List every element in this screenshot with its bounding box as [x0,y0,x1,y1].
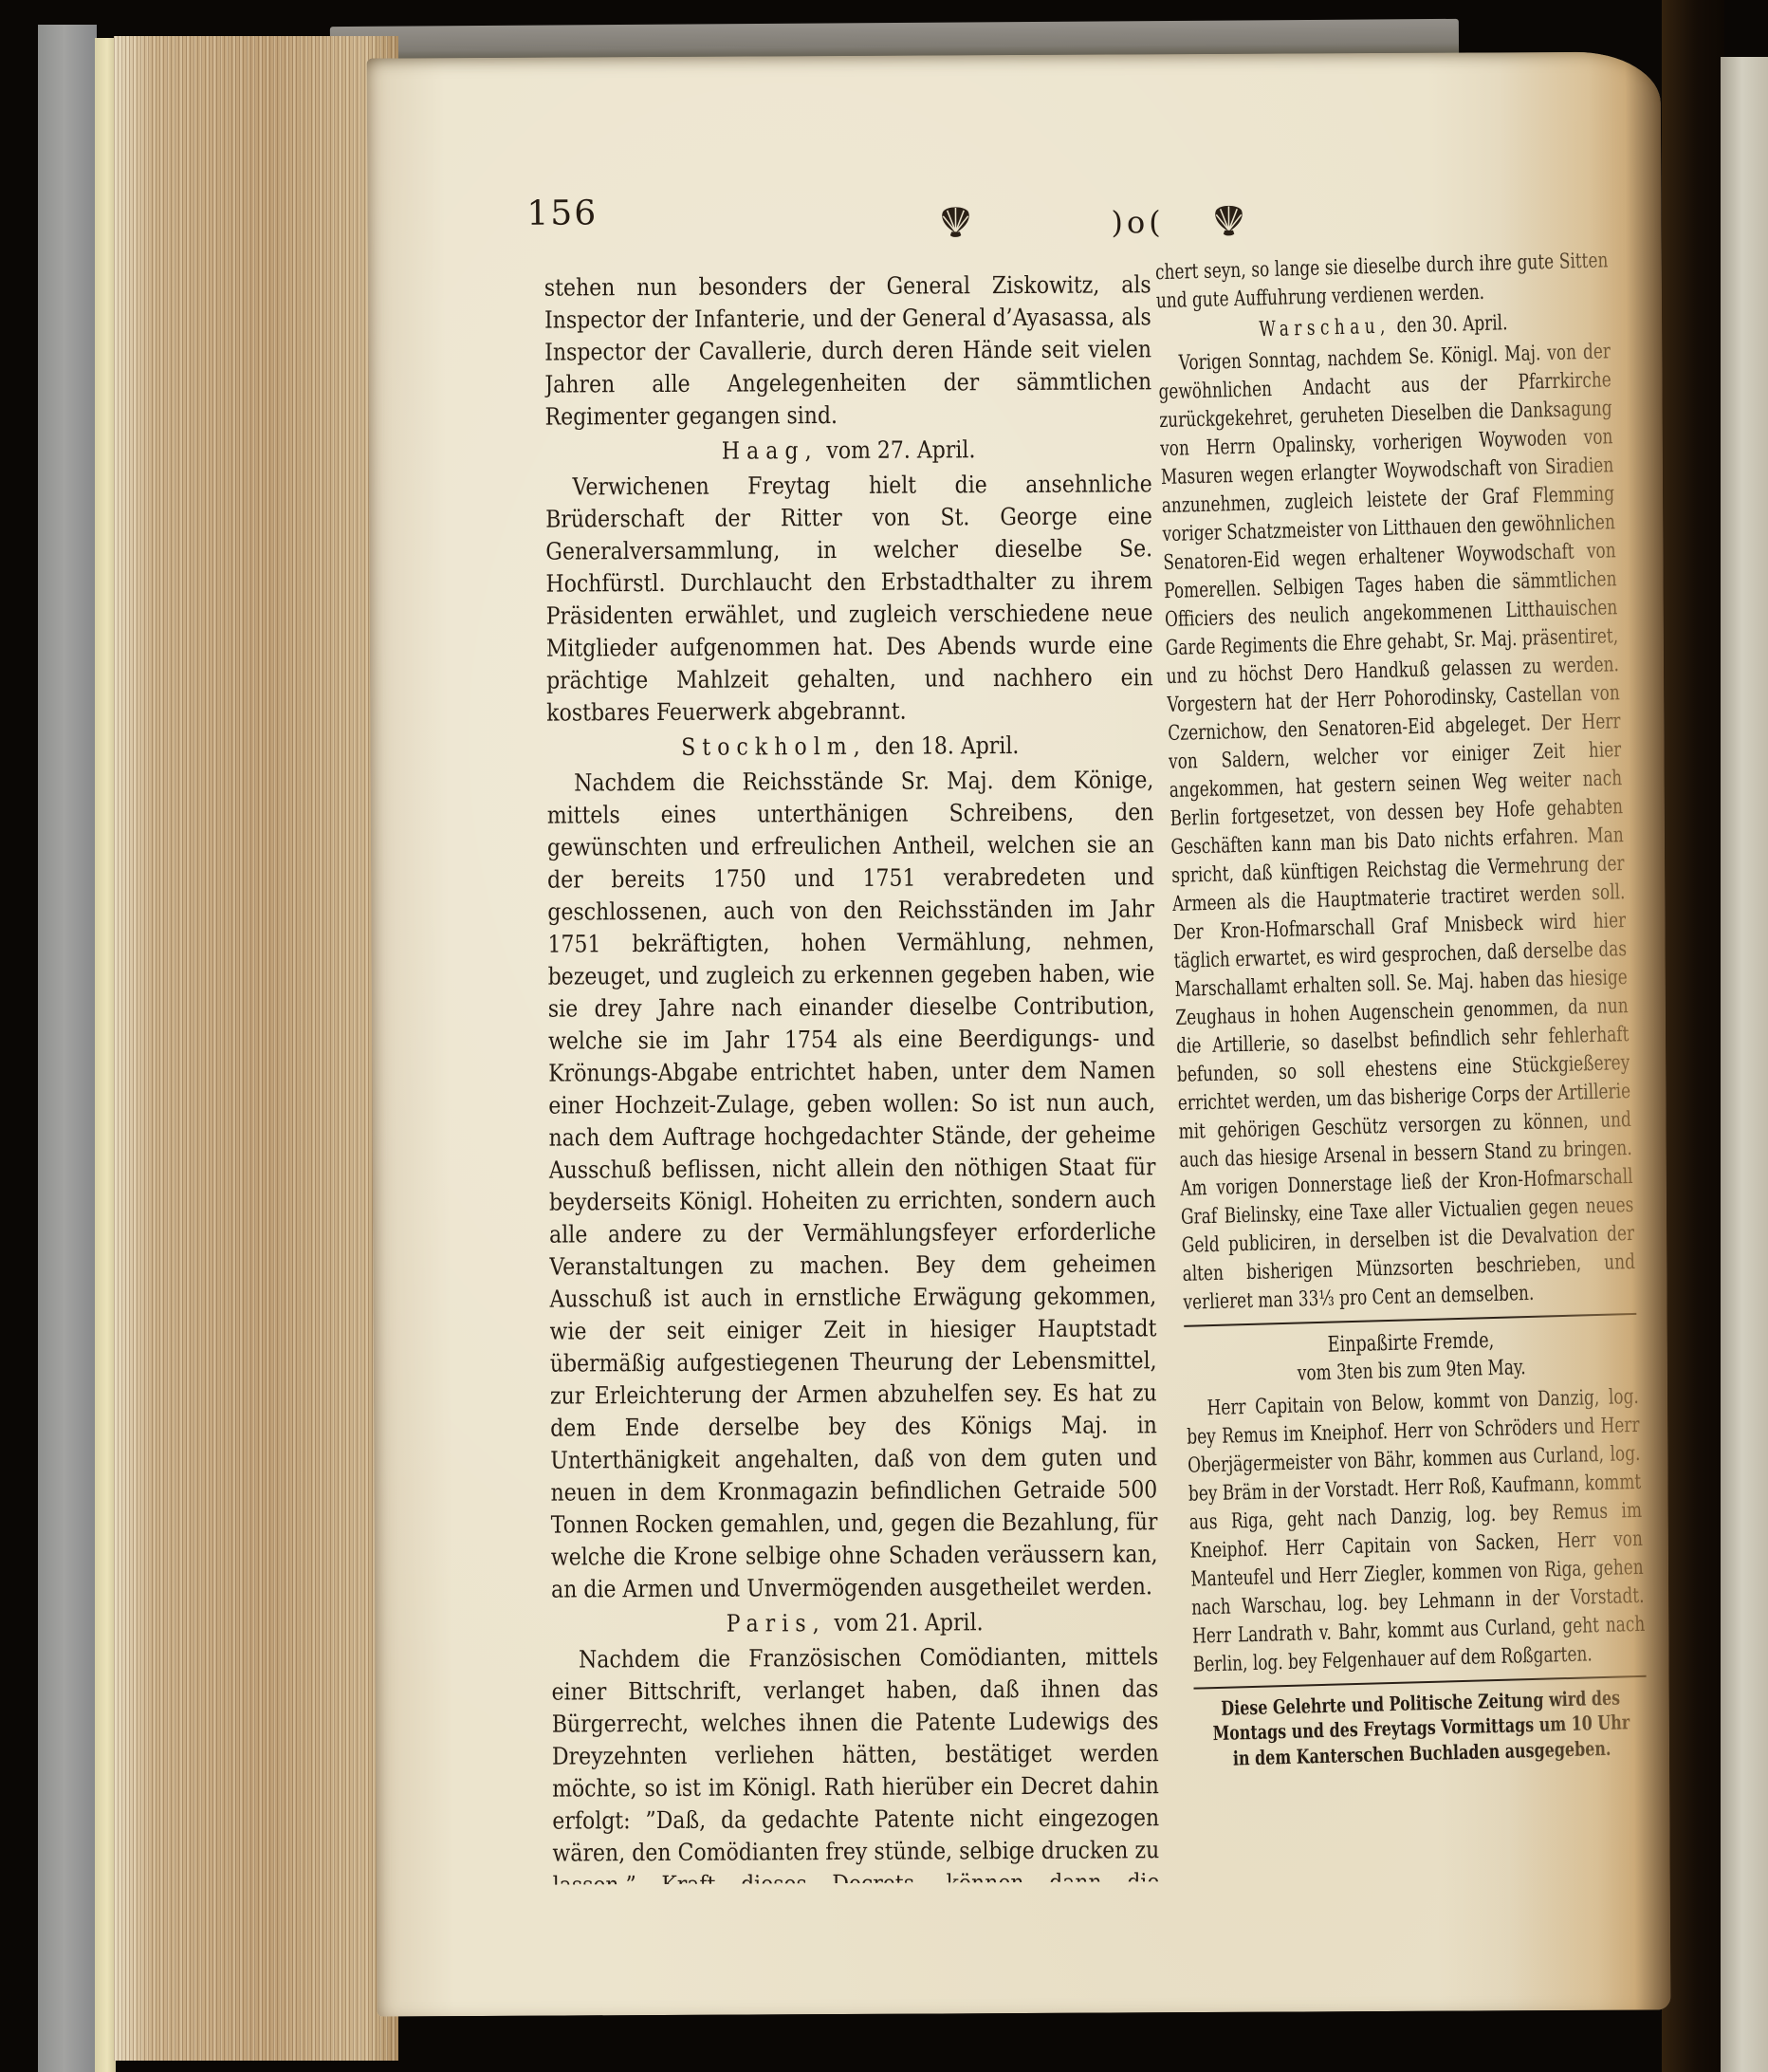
dateline-place: Paris, [727,1609,826,1637]
article-stockholm: Nachdem die Reichsstände Sr. Maj. dem Kö… [547,764,1158,1605]
shell-fleuron-icon [934,203,976,239]
section-heading-haag: Haag,vom 27. April. [545,433,1152,468]
article-haag: Verwichenen Freytag hielt die ansehnlich… [545,468,1153,729]
dateline-place: Stockholm, [681,732,867,761]
dateline-date: den 18. April. [875,731,1019,760]
article-paris: Nachdem die Französischen Comödianten, m… [551,1640,1159,1884]
section-heading-stockholm: Stockholm,den 18. April. [546,729,1153,764]
publisher-colophon: Diese Gelehrte und Politische Zeitung wi… [1201,1685,1641,1772]
article-warschau: Vorigen Sonntag, nachdem Se. Königl. Maj… [1157,338,1636,1318]
dateline-place: Haag, [722,436,819,465]
shell-fleuron-icon [1207,202,1249,238]
dateline-date: vom 27. April. [826,435,975,464]
endpaper-edge [95,38,116,2072]
page-number: 156 [526,194,598,232]
column-right: chert seyn, so lange sie dieselbe durch … [1155,247,1653,1928]
article-continuation-paris: chert seyn, so lange sie dieselbe durch … [1155,247,1610,316]
dateline-place: Warschau, [1259,315,1390,342]
book-page: 156 )o( [367,51,1671,2016]
gutter-binding-shadow [1662,0,1724,2072]
header-separator-ornament: )o( [1071,204,1204,241]
section-heading-paris: Paris,vom 21. April. [551,1605,1158,1640]
dateline-date: den 30. April. [1396,311,1508,338]
dateline-date: vom 21. April. [834,1608,983,1637]
article-continuation-regiments: stehen nun besonders der General Ziskowi… [544,268,1152,433]
column-left: stehen nun besonders der General Ziskowi… [544,268,1160,1884]
article-fremde: Herr Capitain von Below, kommt von Danzi… [1186,1383,1646,1680]
fore-edge-page-stack [114,36,398,2061]
book-cover-board [38,25,97,2072]
adjacent-page-block [1721,57,1768,2072]
